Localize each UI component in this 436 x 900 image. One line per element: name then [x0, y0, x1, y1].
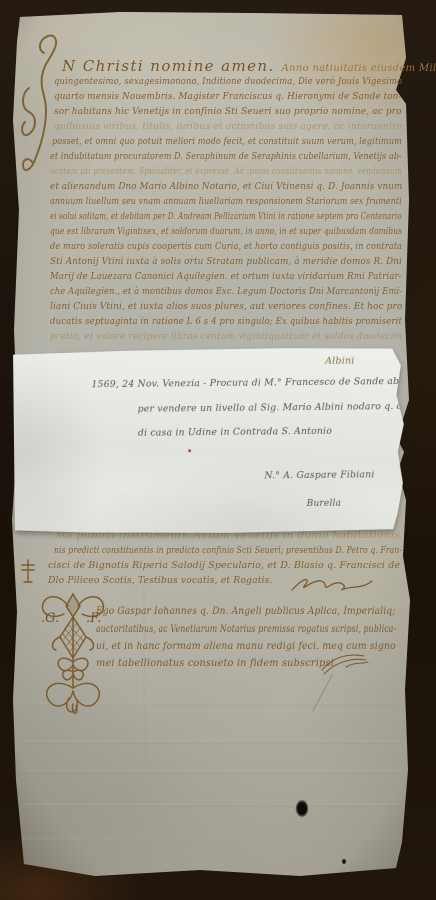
- manuscript-line: sor habitans hic Venetijs in confinio St…: [54, 108, 402, 117]
- slip-note: Burella: [307, 499, 342, 509]
- manuscript-line: che Aquilegien., et à montibus domos Exc…: [50, 288, 402, 297]
- slip-line: per vendere un livello al Sig. Mario Alb…: [138, 400, 436, 414]
- manuscript-line: que est librarum Vigintisex, et soldorum…: [50, 228, 402, 237]
- manuscript-line: cisci de Bignotis Riperia Salodij Specul…: [48, 561, 400, 570]
- manuscript-line: et indubitatum procuratorem D. Seraphinu…: [50, 153, 402, 162]
- manuscript-line: posset, et omni quo potuit meliori modo …: [52, 138, 402, 147]
- ink-speck: [342, 859, 346, 864]
- manuscript-line: liani Ciuis Vtini, et iuxta alios suos p…: [50, 303, 402, 312]
- manuscript-line: Marij de Lauezara Canonici Aquilegien. e…: [50, 273, 402, 282]
- manuscript-line: quibusuis viribus, titulis, iuribus et a…: [54, 123, 402, 132]
- heading-large-text: N Christi nomine amen.: [62, 57, 275, 75]
- slip-line: 1569, 24 Nov. Venezia - Procura di M.° F…: [91, 375, 436, 390]
- slip-signature: N.° A. Gaspare Fibiani: [264, 469, 374, 481]
- heading-rest-text: Anno natiuitatis eiusdem Millesimo,: [282, 63, 436, 74]
- margin-cross-icon: [20, 558, 36, 584]
- heading-line: N Christi nomine amen.Anno natiuitatis e…: [62, 56, 436, 75]
- notary-line: mei tabellionatus consueto in fidem subs…: [96, 659, 337, 669]
- subscription-paraph-icon: [318, 650, 370, 676]
- manuscript-line: ei solui solitam, et debitam per D. Andr…: [50, 213, 402, 222]
- manuscript-line: de muro soleratis cupis coopertis cum Cu…: [50, 243, 402, 252]
- manuscript-line: ducatis septuaginta in ratione L 6 s 4 p…: [50, 318, 402, 327]
- manuscript-line: pretio, et valore recipere libras centum…: [50, 333, 402, 342]
- flourish-paraph-icon: [290, 573, 374, 597]
- manuscript-line: sentem uti presentem. Specialiter, et ex…: [50, 168, 402, 177]
- red-speck: [188, 449, 191, 452]
- photo-backdrop: N Christi nomine amen.Anno natiuitatis e…: [0, 0, 436, 900]
- manuscript-line: nis predicti constituentis in predicto c…: [54, 546, 402, 555]
- notary-line: auctoritatibus, ac Venetiarum Notarius p…: [96, 625, 396, 635]
- manuscript-line: quarto mensis Nouembris. Magister Franci…: [54, 93, 402, 102]
- slip-line: di casa in Udine in Contrada S. Antonio: [138, 426, 332, 439]
- archival-slip: Albini 1569, 24 Nov. Venezia - Procura d…: [13, 347, 405, 535]
- manuscript-line: quingentesimo, sexagesimonono, Inditione…: [54, 78, 402, 87]
- manuscript-line: annuum liuellum seu vnam annuam liuellar…: [50, 198, 402, 207]
- manuscript-line: Sti Antonij Vtini iuxta à solis ortu Str…: [50, 258, 402, 267]
- signum-letter-left: .G.: [41, 611, 59, 626]
- archival-slip-wrapper: Albini 1569, 24 Nov. Venezia - Procura d…: [13, 347, 405, 535]
- parchment-hole: [295, 799, 309, 818]
- manuscript-line: et alienandum Dno Mario Albino Notario, …: [50, 183, 402, 192]
- notary-line: Ego Gaspar Iohannes q. Dn. Angeli public…: [96, 607, 396, 617]
- manuscript-line: Dlo Piliceo Scotis, Testibus vocatis, et…: [48, 576, 273, 585]
- slip-annotation: Albini: [325, 355, 355, 366]
